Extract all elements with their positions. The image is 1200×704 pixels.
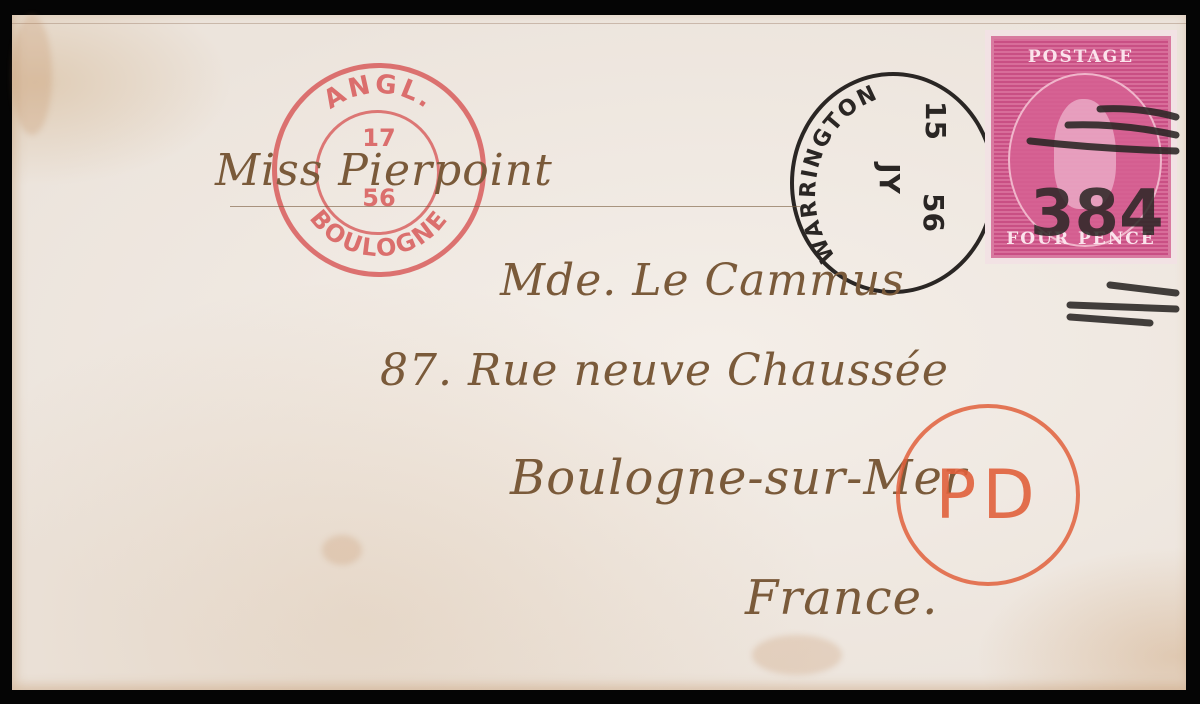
svg-text:WARRINGTON: WARRINGTON — [796, 80, 882, 266]
postmark-year: 56 — [917, 193, 950, 232]
address-line-1: Miss Pierpoint — [215, 145, 553, 196]
paid-pd-mark: PD — [896, 404, 1080, 586]
envelope-top-edge — [12, 23, 1186, 24]
address-line-3: 87. Rue neuve Chaussée — [380, 345, 949, 396]
foxing-stain — [322, 535, 362, 565]
edge-stain — [12, 15, 52, 135]
address-line-5: France. — [745, 570, 938, 626]
address-line-2: Mde. Le Cammus — [500, 255, 905, 306]
stamp-top-label: POSTAGE — [994, 47, 1168, 67]
numeral-cancel: 384 — [1010, 95, 1200, 335]
foxing-stain — [752, 635, 842, 675]
svg-text:384: 384 — [1030, 177, 1164, 251]
svg-text:ANGL.: ANGL. — [318, 69, 440, 115]
address-underline — [230, 206, 800, 207]
postmark-month: JY — [873, 163, 906, 194]
postmark-day: 15 — [919, 101, 952, 140]
